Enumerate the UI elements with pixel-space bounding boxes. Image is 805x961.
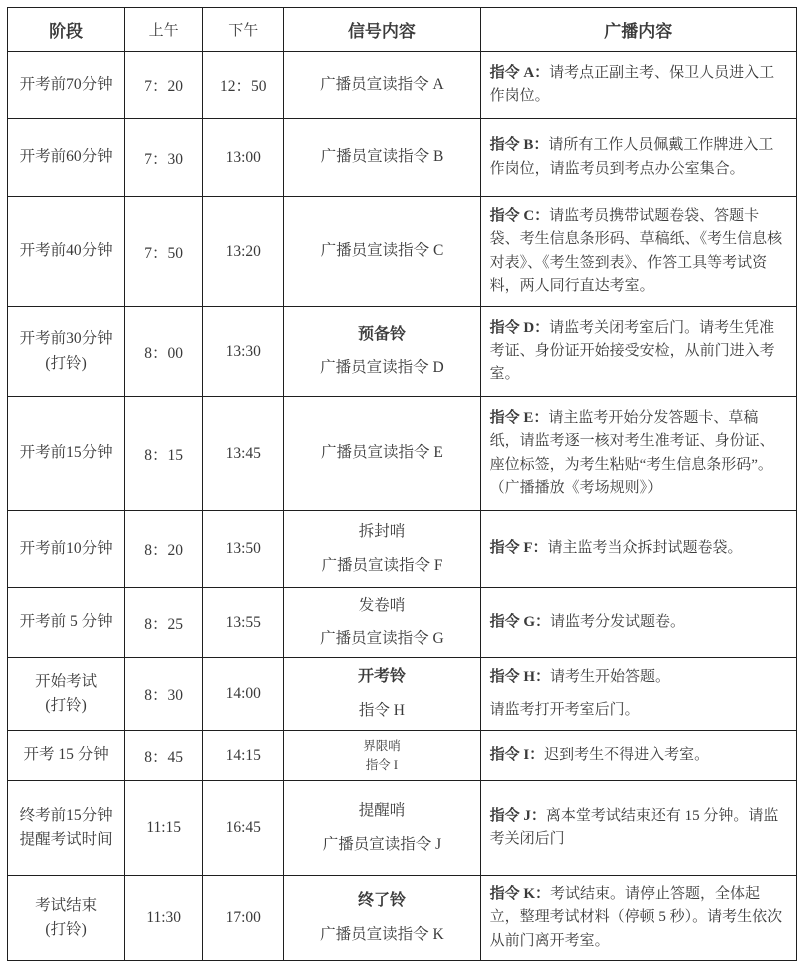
morning-time-cell: 7：30: [125, 119, 203, 197]
instruction-prefix: 指令 E：: [490, 410, 549, 426]
signal-text: 提醒哨: [288, 801, 475, 821]
header-row: 阶段上午下午信号内容广播内容: [8, 8, 797, 52]
morning-time-cell: 7：50: [125, 197, 203, 307]
afternoon-time-cell: 13:30: [203, 307, 284, 397]
afternoon-time-cell: 13:50: [203, 511, 284, 588]
signal-text: 广播员宣读指令 K: [288, 925, 475, 945]
signal-text: 广播员宣读指令 B: [288, 147, 475, 167]
stage-text: 开考前15分钟: [12, 441, 120, 465]
stage-text: 开考前60分钟: [12, 145, 120, 169]
signal-cell: 界限哨指令 I: [284, 731, 480, 781]
signal-cell: 预备铃广播员宣读指令 D: [284, 307, 480, 397]
broadcast-text: 请监考分发试题卷。: [550, 614, 685, 630]
exam-schedule-table: 阶段上午下午信号内容广播内容 开考前70分钟7：2012：50广播员宣读指令 A…: [7, 7, 797, 961]
broadcast-cell: 指令 A：请考点正副主考、保卫人员进入工作岗位。: [480, 52, 796, 119]
column-header-4: 信号内容: [284, 8, 480, 52]
signal-bell-text: 开考铃: [288, 667, 475, 688]
instruction-prefix: 指令 J：: [490, 808, 546, 824]
broadcast-paragraph: 指令 G：请监考分发试题卷。: [490, 611, 786, 634]
broadcast-cell: 指令 C：请监考员携带试题卷袋、答题卡袋、考生信息条形码、草稿纸、《考生信息核对…: [480, 197, 796, 307]
broadcast-paragraph: 指令 B：请所有工作人员佩戴工作牌进入工作岗位，请监考员到考点办公室集合。: [490, 134, 786, 181]
instruction-prefix: 指令 D：: [490, 320, 550, 336]
stage-text: (打铃): [12, 918, 120, 942]
broadcast-cell: 指令 E：请主监考开始分发答题卡、草稿纸，请监考逐一核对考生准考证、身份证、座位…: [480, 397, 796, 511]
afternoon-time-cell: 14:15: [203, 731, 284, 781]
signal-cell: 广播员宣读指令 B: [284, 119, 480, 197]
stage-text: (打铃): [12, 352, 120, 376]
signal-text: 发卷哨: [288, 596, 475, 616]
stage-cell: 开考前15分钟: [8, 397, 125, 511]
signal-cell: 提醒哨广播员宣读指令 J: [284, 781, 480, 876]
signal-text: 广播员宣读指令 J: [288, 835, 475, 855]
signal-text: 界限哨: [288, 738, 475, 754]
table-body: 开考前70分钟7：2012：50广播员宣读指令 A指令 A：请考点正副主考、保卫…: [8, 52, 797, 961]
broadcast-paragraph: 指令 I：迟到考生不得进入考室。: [490, 744, 786, 767]
stage-cell: 开考前 5 分钟: [8, 588, 125, 658]
table-row: 开考前40分钟7：5013:20广播员宣读指令 C指令 C：请监考员携带试题卷袋…: [8, 197, 797, 307]
morning-time-cell: 8：30: [125, 658, 203, 731]
signal-cell: 拆封哨广播员宣读指令 F: [284, 511, 480, 588]
broadcast-cell: 指令 G：请监考分发试题卷。: [480, 588, 796, 658]
signal-text: 广播员宣读指令 F: [288, 556, 475, 576]
stage-text: 开始考试: [12, 670, 120, 694]
broadcast-paragraph: 指令 J：离本堂考试结束还有 15 分钟。请监考关闭后门: [490, 805, 786, 852]
table-row: 开考前30分钟(打铃)8：0013:30预备铃广播员宣读指令 D指令 D：请监考…: [8, 307, 797, 397]
stage-text: 终考前15分钟: [12, 804, 120, 828]
stage-text: 考试结束: [12, 894, 120, 918]
broadcast-paragraph: 指令 C：请监考员携带试题卷袋、答题卡袋、考生信息条形码、草稿纸、《考生信息核对…: [490, 205, 786, 298]
signal-cell: 广播员宣读指令 A: [284, 52, 480, 119]
table-row: 开考 15 分钟8：4514:15界限哨指令 I指令 I：迟到考生不得进入考室。: [8, 731, 797, 781]
stage-cell: 开考前40分钟: [8, 197, 125, 307]
broadcast-cell: 指令 K：考试结束。请停止答题，全体起立，整理考试材料（停顿 5 秒）。请考生依…: [480, 876, 796, 961]
stage-cell: 开考 15 分钟: [8, 731, 125, 781]
table-row: 开考前 5 分钟8：2513:55发卷哨广播员宣读指令 G指令 G：请监考分发试…: [8, 588, 797, 658]
stage-cell: 开考前70分钟: [8, 52, 125, 119]
broadcast-text: 请主监考当众拆封试题卷袋。: [547, 540, 742, 556]
signal-text: 广播员宣读指令 E: [288, 443, 475, 463]
stage-cell: 考试结束(打铃): [8, 876, 125, 961]
broadcast-text: 请监考打开考室后门。: [490, 702, 640, 718]
instruction-prefix: 指令 K：: [490, 886, 550, 902]
signal-cell: 广播员宣读指令 C: [284, 197, 480, 307]
signal-cell: 开考铃指令 H: [284, 658, 480, 731]
stage-cell: 开考前60分钟: [8, 119, 125, 197]
signal-text: 广播员宣读指令 C: [288, 241, 475, 261]
morning-time-cell: 8：25: [125, 588, 203, 658]
broadcast-paragraph: 指令 A：请考点正副主考、保卫人员进入工作岗位。: [490, 62, 786, 109]
broadcast-paragraph: 指令 D：请监考关闭考室后门。请考生凭准考证、身份证开始接受安检，从前门进入考室…: [490, 317, 786, 387]
afternoon-time-cell: 13:20: [203, 197, 284, 307]
instruction-prefix: 指令 F：: [490, 540, 548, 556]
instruction-prefix: 指令 B：: [490, 137, 549, 153]
broadcast-text: 迟到考生不得进入考室。: [544, 747, 709, 763]
morning-time-cell: 11:30: [125, 876, 203, 961]
stage-cell: 开考前30分钟(打铃): [8, 307, 125, 397]
morning-time-cell: 8：15: [125, 397, 203, 511]
column-header-1: 阶段: [8, 8, 125, 52]
morning-time-cell: 8：45: [125, 731, 203, 781]
instruction-prefix: 指令 A：: [490, 65, 550, 81]
afternoon-time-cell: 17:00: [203, 876, 284, 961]
column-header-5: 广播内容: [480, 8, 796, 52]
signal-text: 拆封哨: [288, 522, 475, 542]
broadcast-paragraph: 指令 E：请主监考开始分发答题卡、草稿纸，请监考逐一核对考生准考证、身份证、座位…: [490, 407, 786, 500]
morning-time-cell: 7：20: [125, 52, 203, 119]
signal-text: 广播员宣读指令 A: [288, 75, 475, 95]
signal-cell: 发卷哨广播员宣读指令 G: [284, 588, 480, 658]
table-row: 开考前10分钟8：2013:50拆封哨广播员宣读指令 F指令 F：请主监考当众拆…: [8, 511, 797, 588]
signal-cell: 终了铃广播员宣读指令 K: [284, 876, 480, 961]
broadcast-cell: 指令 J：离本堂考试结束还有 15 分钟。请监考关闭后门: [480, 781, 796, 876]
morning-time-cell: 8：00: [125, 307, 203, 397]
stage-text: 开考 15 分钟: [12, 743, 120, 767]
broadcast-cell: 指令 H：请考生开始答题。请监考打开考室后门。: [480, 658, 796, 731]
afternoon-time-cell: 13:45: [203, 397, 284, 511]
table-row: 开考前15分钟8：1513:45广播员宣读指令 E指令 E：请主监考开始分发答题…: [8, 397, 797, 511]
stage-text: (打铃): [12, 694, 120, 718]
afternoon-time-cell: 13:55: [203, 588, 284, 658]
broadcast-paragraph: 指令 F：请主监考当众拆封试题卷袋。: [490, 537, 786, 560]
broadcast-paragraph: 指令 K：考试结束。请停止答题，全体起立，整理考试材料（停顿 5 秒）。请考生依…: [490, 883, 786, 953]
afternoon-time-cell: 12：50: [203, 52, 284, 119]
stage-text: 开考前70分钟: [12, 73, 120, 97]
signal-bell-text: 预备铃: [288, 325, 475, 346]
table-row: 终考前15分钟提醒考试时间11:1516:45提醒哨广播员宣读指令 J指令 J：…: [8, 781, 797, 876]
stage-text: 开考前10分钟: [12, 537, 120, 561]
stage-text: 开考前 5 分钟: [12, 610, 120, 634]
signal-text: 指令 I: [288, 757, 475, 773]
instruction-prefix: 指令 G：: [490, 614, 550, 630]
afternoon-time-cell: 16:45: [203, 781, 284, 876]
broadcast-cell: 指令 F：请主监考当众拆封试题卷袋。: [480, 511, 796, 588]
table-row: 开始考试(打铃)8：3014:00开考铃指令 H指令 H：请考生开始答题。请监考…: [8, 658, 797, 731]
stage-text: 开考前40分钟: [12, 239, 120, 263]
stage-text: 提醒考试时间: [12, 828, 120, 852]
broadcast-cell: 指令 I：迟到考生不得进入考室。: [480, 731, 796, 781]
broadcast-paragraph: 请监考打开考室后门。: [490, 699, 786, 722]
afternoon-time-cell: 14:00: [203, 658, 284, 731]
table-header: 阶段上午下午信号内容广播内容: [8, 8, 797, 52]
table-row: 开考前70分钟7：2012：50广播员宣读指令 A指令 A：请考点正副主考、保卫…: [8, 52, 797, 119]
table-row: 开考前60分钟7：3013:00广播员宣读指令 B指令 B：请所有工作人员佩戴工…: [8, 119, 797, 197]
exam-broadcast-schedule: 阶段上午下午信号内容广播内容 开考前70分钟7：2012：50广播员宣读指令 A…: [7, 7, 797, 961]
instruction-prefix: 指令 C：: [490, 208, 550, 224]
table-row: 考试结束(打铃)11:3017:00终了铃广播员宣读指令 K指令 K：考试结束。…: [8, 876, 797, 961]
signal-cell: 广播员宣读指令 E: [284, 397, 480, 511]
morning-time-cell: 8：20: [125, 511, 203, 588]
broadcast-text: 请考生开始答题。: [550, 669, 670, 685]
stage-text: 开考前30分钟: [12, 327, 120, 351]
instruction-prefix: 指令 H：: [490, 669, 550, 685]
signal-text: 广播员宣读指令 D: [288, 358, 475, 378]
broadcast-cell: 指令 D：请监考关闭考室后门。请考生凭准考证、身份证开始接受安检，从前门进入考室…: [480, 307, 796, 397]
morning-time-cell: 11:15: [125, 781, 203, 876]
column-header-2: 上午: [125, 8, 203, 52]
stage-cell: 终考前15分钟提醒考试时间: [8, 781, 125, 876]
signal-text: 指令 H: [288, 701, 475, 721]
column-header-3: 下午: [203, 8, 284, 52]
signal-bell-text: 终了铃: [288, 891, 475, 912]
signal-text: 广播员宣读指令 G: [288, 629, 475, 649]
afternoon-time-cell: 13:00: [203, 119, 284, 197]
broadcast-cell: 指令 B：请所有工作人员佩戴工作牌进入工作岗位，请监考员到考点办公室集合。: [480, 119, 796, 197]
broadcast-paragraph: 指令 H：请考生开始答题。: [490, 666, 786, 689]
stage-cell: 开考前10分钟: [8, 511, 125, 588]
stage-cell: 开始考试(打铃): [8, 658, 125, 731]
instruction-prefix: 指令 I：: [490, 747, 545, 763]
